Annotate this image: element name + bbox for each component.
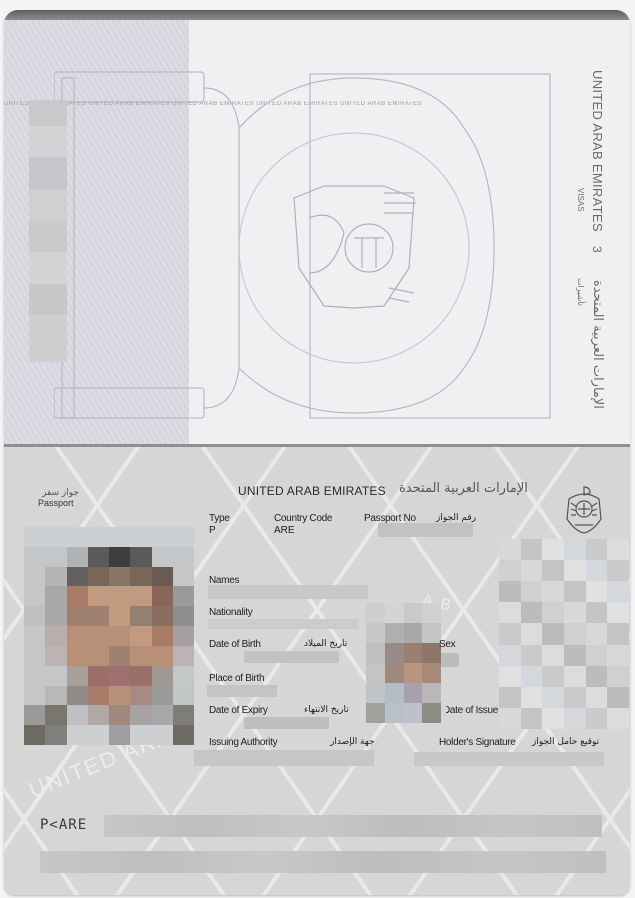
nationality-value-redacted: [208, 619, 358, 629]
sex-label: Sex: [439, 639, 455, 650]
visa-side-header: UNITED ARAB EMIRATES VISAS 3 الإمارات ال…: [582, 70, 622, 450]
holder-photo-redacted: [24, 527, 194, 745]
issuing-authority-label-arabic: جهة الإصدار: [330, 737, 375, 747]
names-value-redacted: [208, 585, 368, 599]
redacted-visa-stamp: [29, 100, 67, 362]
visa-arabic-country-name: الإمارات العربية المتحدة: [590, 280, 605, 409]
mrz-line-1-prefix: P<ARE: [40, 817, 87, 833]
date-of-expiry-label-arabic: تاريخ الانتهاء: [304, 705, 374, 715]
uae-emblem-icon: [563, 485, 605, 535]
passport-no-label-arabic: رقم الجواز: [436, 513, 476, 523]
type-value: P: [209, 525, 216, 536]
country-code-label: Country Code: [274, 513, 332, 524]
nationality-label: Nationality: [209, 607, 252, 618]
passport-data-page: جواز سفر Passport UNITED ARAB EMIRATES ا…: [4, 447, 630, 895]
signature-redacted: [414, 752, 604, 766]
date-of-issue-label: Date of Issue: [446, 705, 498, 716]
date-of-expiry-label: Date of Expiry: [209, 705, 268, 716]
issuing-authority-label: Issuing Authority: [209, 737, 277, 748]
uae-emblem-watermark: [294, 186, 416, 308]
date-of-expiry-value-redacted: [244, 717, 329, 729]
document-type: Passport: [38, 498, 74, 508]
passport-top-edge: [4, 10, 630, 20]
holders-signature-label: Holder's Signature: [439, 737, 516, 748]
mrz-line-2-redacted: [40, 851, 606, 873]
visa-page: UNITED ARAB EMIRATES UNITED ARAB EMIRATE…: [4, 20, 630, 454]
passport-document: UNITED ARAB EMIRATES UNITED ARAB EMIRATE…: [4, 10, 630, 895]
issuing-country-arabic: الإمارات العربية المتحدة: [399, 481, 528, 496]
holders-signature-label-arabic: توقيع حامل الجواز: [532, 737, 599, 747]
issuing-authority-value-redacted: [194, 750, 374, 766]
date-of-birth-label: Date of Birth: [209, 639, 261, 650]
visa-arch-frame: [54, 68, 554, 428]
visa-page-number: 3: [590, 246, 604, 253]
mrz-line-1-redacted: [104, 815, 602, 837]
place-of-birth-label: Place of Birth: [209, 673, 264, 684]
date-of-birth-label-arabic: تاريخ الميلاد: [304, 639, 347, 649]
visa-arabic-section-label: تأشيرات: [576, 278, 585, 306]
secondary-image-redacted: [499, 539, 629, 729]
type-label: Type: [209, 513, 229, 524]
document-type-arabic: جواز سفر: [42, 488, 79, 498]
visa-section-label: VISAS: [576, 188, 585, 212]
sex-value-redacted: [441, 653, 459, 667]
visa-country-name: UNITED ARAB EMIRATES: [590, 70, 605, 232]
date-of-birth-value-redacted: [244, 651, 339, 663]
passport-no-value-redacted: [378, 523, 473, 537]
ghost-photo-redacted: [366, 603, 441, 723]
issuing-country: UNITED ARAB EMIRATES: [238, 484, 386, 498]
country-code-value: ARE: [274, 525, 295, 536]
place-of-birth-value-redacted: [207, 685, 277, 697]
